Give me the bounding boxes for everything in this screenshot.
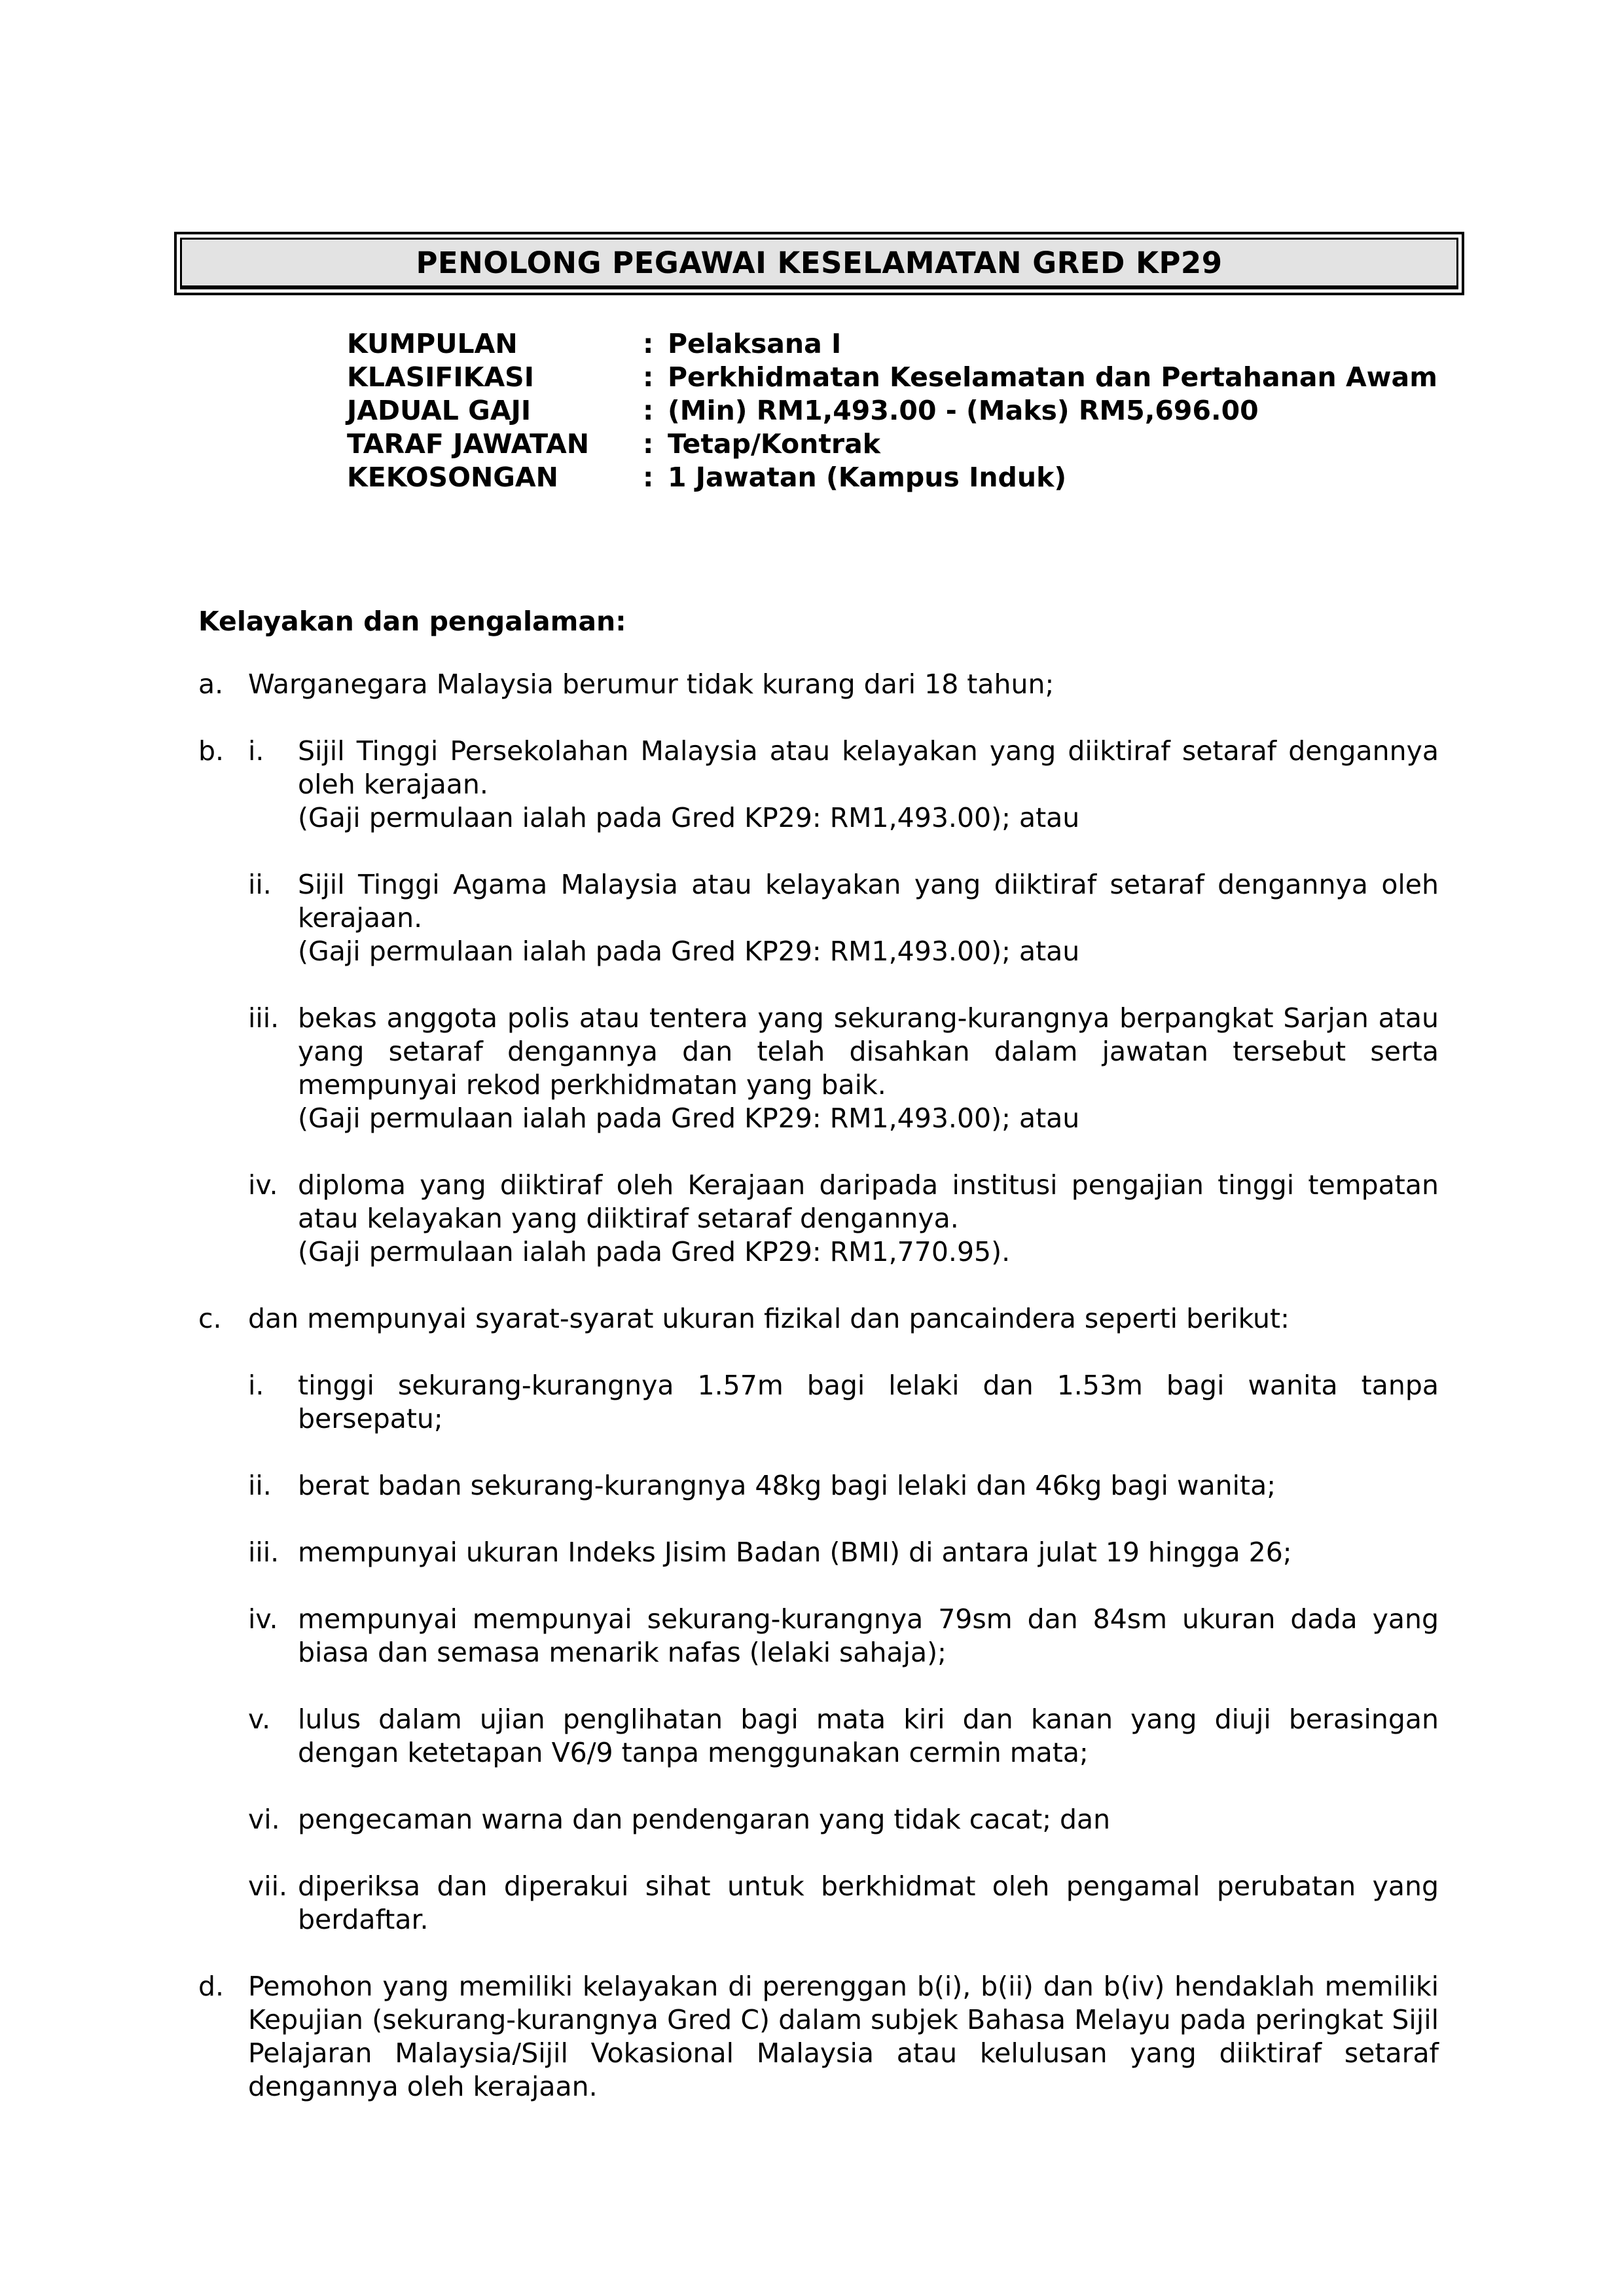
sub-text: Sijil Tinggi Agama Malaysia atau kelayak… bbox=[298, 868, 1439, 935]
sub-marker: iii. bbox=[248, 1002, 298, 1135]
info-row-jadual-gaji: JADUAL GAJI : (Min) RM1,493.00 - (Maks) … bbox=[347, 394, 1460, 428]
sub-item: v. lulus dalam ujian penglihatan bagi ma… bbox=[248, 1703, 1439, 1770]
sub-item: vii. diperiksa dan diperakui sihat untuk… bbox=[248, 1870, 1439, 1937]
info-label: JADUAL GAJI bbox=[347, 394, 643, 428]
sub-content: Sijil Tinggi Agama Malaysia atau kelayak… bbox=[298, 868, 1439, 968]
info-value: Tetap/Kontrak bbox=[668, 428, 1460, 461]
requirement-b: b. i. Sijil Tinggi Persekolahan Malaysia… bbox=[198, 735, 1439, 1302]
info-colon: : bbox=[643, 428, 668, 461]
info-row-kekosongan: KEKOSONGAN : 1 Jawatan (Kampus Induk) bbox=[347, 461, 1460, 494]
info-value: 1 Jawatan (Kampus Induk) bbox=[668, 461, 1460, 494]
requirement-a: a. Warganegara Malaysia berumur tidak ku… bbox=[198, 668, 1439, 701]
info-row-taraf-jawatan: TARAF JAWATAN : Tetap/Kontrak bbox=[347, 428, 1460, 461]
sub-item: iv. mempunyai mempunyai sekurang-kurangn… bbox=[248, 1603, 1439, 1669]
sub-list: i. Sijil Tinggi Persekolahan Malaysia at… bbox=[248, 735, 1439, 1302]
sub-item: iv. diploma yang diiktiraf oleh Kerajaan… bbox=[248, 1169, 1439, 1269]
sub-text: diploma yang diiktiraf oleh Kerajaan dar… bbox=[298, 1169, 1439, 1235]
sub-text: Sijil Tinggi Persekolahan Malaysia atau … bbox=[298, 735, 1439, 801]
info-colon: : bbox=[643, 361, 668, 394]
sub-item: ii. Sijil Tinggi Agama Malaysia atau kel… bbox=[248, 868, 1439, 968]
info-value: Pelaksana I bbox=[668, 327, 1460, 361]
sub-marker: v. bbox=[248, 1703, 298, 1770]
sub-text: bekas anggota polis atau tentera yang se… bbox=[298, 1002, 1439, 1102]
item-marker: a. bbox=[198, 668, 248, 701]
sub-marker: i. bbox=[248, 1369, 298, 1436]
sub-text: berat badan sekurang-kurangnya 48kg bagi… bbox=[298, 1469, 1439, 1503]
sub-marker: iv. bbox=[248, 1603, 298, 1669]
item-marker: d. bbox=[198, 1970, 248, 2104]
info-label: KEKOSONGAN bbox=[347, 461, 643, 494]
salary-note: (Gaji permulaan ialah pada Gred KP29: RM… bbox=[298, 1102, 1439, 1135]
sub-content: bekas anggota polis atau tentera yang se… bbox=[298, 1002, 1439, 1135]
info-colon: : bbox=[643, 461, 668, 494]
item-marker: b. bbox=[198, 735, 248, 1302]
item-text: Pemohon yang memiliki kelayakan di peren… bbox=[248, 1970, 1439, 2104]
info-row-klasifikasi: KLASIFIKASI : Perkhidmatan Keselamatan d… bbox=[347, 361, 1460, 394]
sub-marker: vii. bbox=[248, 1870, 298, 1937]
salary-note: (Gaji permulaan ialah pada Gred KP29: RM… bbox=[298, 1235, 1439, 1269]
sub-text: pengecaman warna dan pendengaran yang ti… bbox=[298, 1803, 1439, 1836]
requirement-d: d. Pemohon yang memiliki kelayakan di pe… bbox=[198, 1970, 1439, 2104]
section-heading: Kelayakan dan pengalaman: bbox=[198, 606, 626, 637]
sub-item: i. tinggi sekurang-kurangnya 1.57m bagi … bbox=[248, 1369, 1439, 1436]
item-text: dan mempunyai syarat-syarat ukuran fizik… bbox=[248, 1302, 1439, 1336]
sub-text: lulus dalam ujian penglihatan bagi mata … bbox=[298, 1703, 1439, 1770]
salary-note: (Gaji permulaan ialah pada Gred KP29: RM… bbox=[298, 801, 1439, 835]
item-marker: c. bbox=[198, 1302, 248, 1970]
sub-text: tinggi sekurang-kurangnya 1.57m bagi lel… bbox=[298, 1369, 1439, 1436]
sub-marker: ii. bbox=[248, 868, 298, 968]
sub-item: iii. bekas anggota polis atau tentera ya… bbox=[248, 1002, 1439, 1135]
sub-text: mempunyai mempunyai sekurang-kurangnya 7… bbox=[298, 1603, 1439, 1669]
sub-marker: vi. bbox=[248, 1803, 298, 1836]
info-label: KLASIFIKASI bbox=[347, 361, 643, 394]
sub-item: ii. berat badan sekurang-kurangnya 48kg … bbox=[248, 1469, 1439, 1503]
info-row-kumpulan: KUMPULAN : Pelaksana I bbox=[347, 327, 1460, 361]
sub-text: mempunyai ukuran Indeks Jisim Badan (BMI… bbox=[298, 1536, 1439, 1569]
sub-item: vi. pengecaman warna dan pendengaran yan… bbox=[248, 1803, 1439, 1836]
sub-content: diploma yang diiktiraf oleh Kerajaan dar… bbox=[298, 1169, 1439, 1269]
title-box: PENOLONG PEGAWAI KESELAMATAN GRED KP29 bbox=[174, 232, 1464, 295]
page-title: PENOLONG PEGAWAI KESELAMATAN GRED KP29 bbox=[416, 246, 1222, 280]
requirement-c: c. dan mempunyai syarat-syarat ukuran fi… bbox=[198, 1302, 1439, 1970]
sub-marker: ii. bbox=[248, 1469, 298, 1503]
salary-note: (Gaji permulaan ialah pada Gred KP29: RM… bbox=[298, 935, 1439, 968]
info-value: Perkhidmatan Keselamatan dan Pertahanan … bbox=[668, 361, 1460, 394]
sub-item: iii. mempunyai ukuran Indeks Jisim Badan… bbox=[248, 1536, 1439, 1569]
sub-marker: iii. bbox=[248, 1536, 298, 1569]
info-colon: : bbox=[643, 394, 668, 428]
info-colon: : bbox=[643, 327, 668, 361]
sub-item: i. Sijil Tinggi Persekolahan Malaysia at… bbox=[248, 735, 1439, 835]
sub-list: dan mempunyai syarat-syarat ukuran fizik… bbox=[248, 1302, 1439, 1970]
item-text: Warganegara Malaysia berumur tidak kuran… bbox=[248, 668, 1439, 701]
sub-marker: iv. bbox=[248, 1169, 298, 1269]
info-value: (Min) RM1,493.00 - (Maks) RM5,696.00 bbox=[668, 394, 1460, 428]
sub-text: diperiksa dan diperakui sihat untuk berk… bbox=[298, 1870, 1439, 1937]
sub-content: Sijil Tinggi Persekolahan Malaysia atau … bbox=[298, 735, 1439, 835]
document-page: PENOLONG PEGAWAI KESELAMATAN GRED KP29 K… bbox=[0, 0, 1624, 2296]
sub-marker: i. bbox=[248, 735, 298, 835]
requirements-list: a. Warganegara Malaysia berumur tidak ku… bbox=[198, 668, 1439, 2137]
title-box-inner: PENOLONG PEGAWAI KESELAMATAN GRED KP29 bbox=[180, 238, 1458, 289]
job-info-table: KUMPULAN : Pelaksana I KLASIFIKASI : Per… bbox=[347, 327, 1460, 494]
info-label: KUMPULAN bbox=[347, 327, 643, 361]
info-label: TARAF JAWATAN bbox=[347, 428, 643, 461]
